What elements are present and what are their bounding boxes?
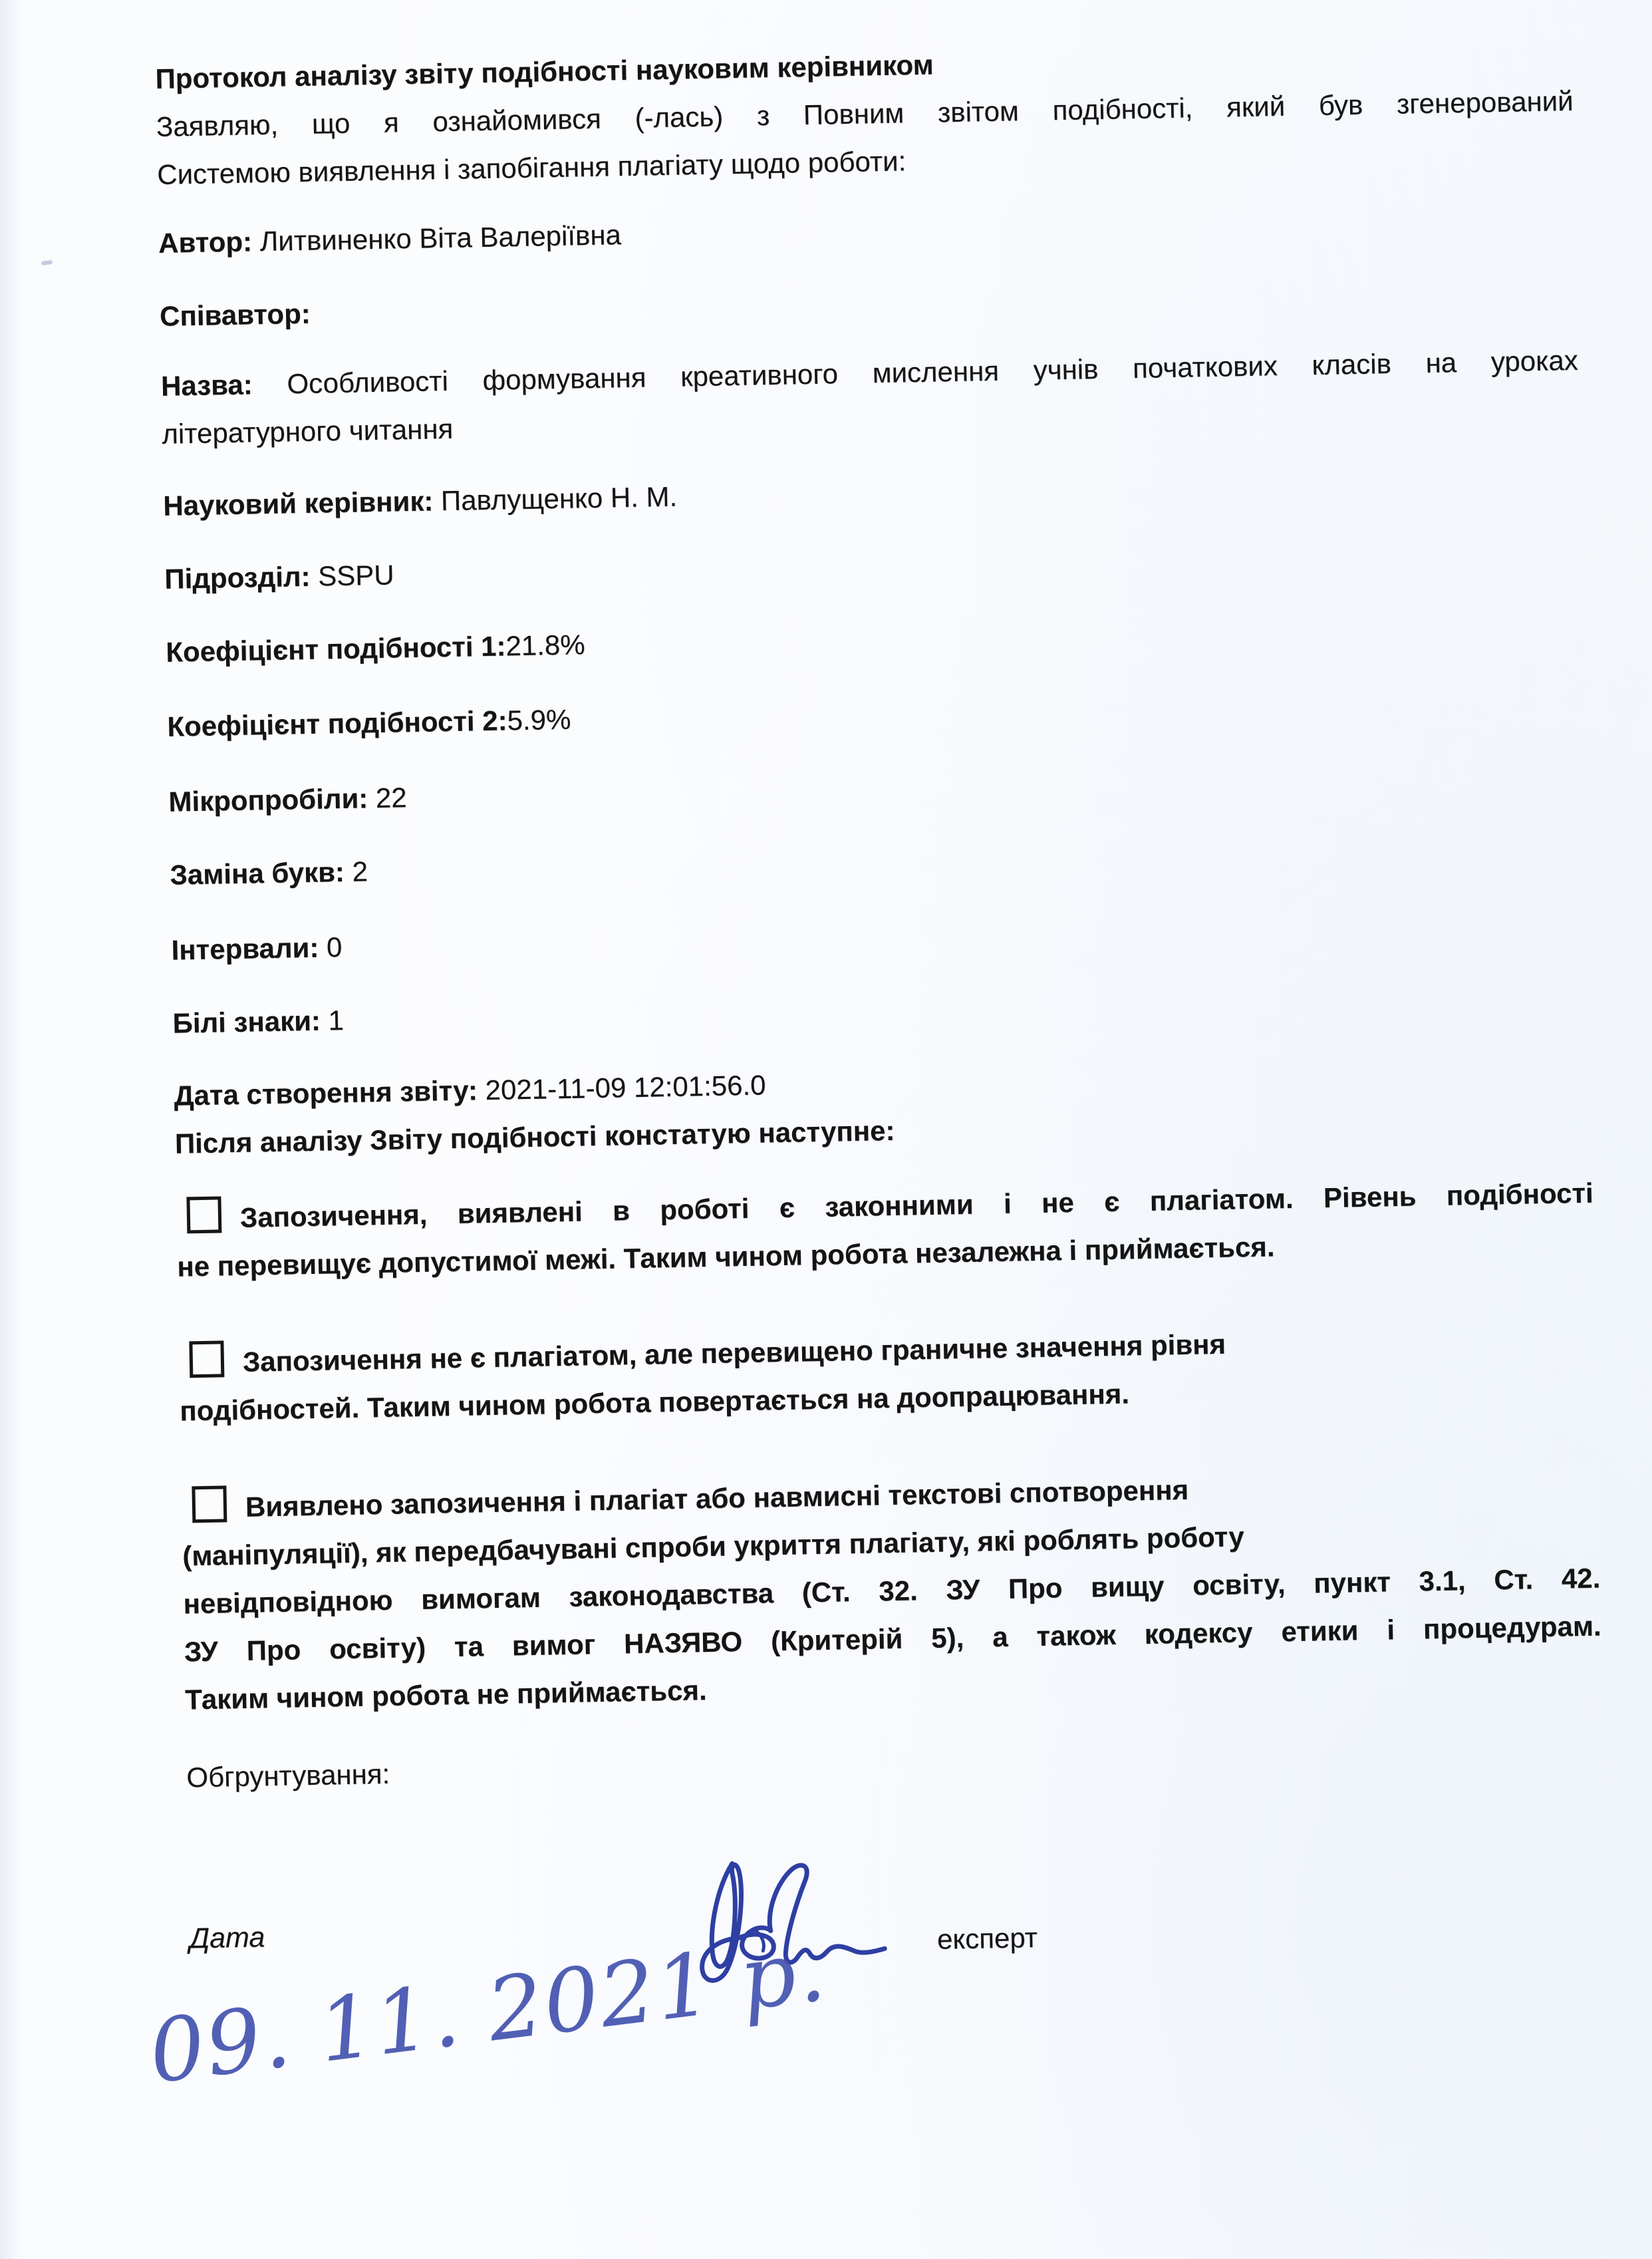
field-department-value: SSPU <box>310 559 394 592</box>
checkbox-rework-box[interactable] <box>189 1340 224 1378</box>
field-supervisor-label: Науковий керівник: <box>163 485 434 521</box>
document-header: Протокол аналізу звіту подібності науков… <box>155 31 1575 200</box>
checkbox-option-rejected: Виявлено запозичення і плагіат або навми… <box>181 1459 1602 1724</box>
scanned-document-page: Протокол аналізу звіту подібності науков… <box>0 0 1652 2259</box>
field-author-value: Литвиненко Віта Валеріївна <box>252 219 622 257</box>
field-author-label: Автор: <box>158 226 253 259</box>
field-department: Підрозділ: SSPU <box>164 529 1582 603</box>
field-white-signs-value: 1 <box>320 1004 344 1036</box>
field-intervals: Інтервали: 0 <box>171 901 1589 975</box>
field-similarity-coefficient-1: Коефіцієнт подібності 1:21.8% <box>166 603 1583 677</box>
document-content: Протокол аналізу звіту подібності науков… <box>0 0 1652 2079</box>
field-intervals-value: 0 <box>319 931 343 963</box>
justification-label: Обгрунтування: <box>186 1728 1604 1802</box>
checkbox-rejected-line-1: Виявлено запозичення і плагіат або навми… <box>245 1474 1189 1523</box>
date-label: Дата <box>189 1913 265 1962</box>
field-white-signs-label: Білі знаки: <box>172 1005 321 1039</box>
field-similarity-coefficient-1-value: 21.8% <box>505 629 585 661</box>
field-microspaces: Мікропробіли: 22 <box>168 752 1586 826</box>
field-report-date-value: 2021-11-09 12:01:56.0 <box>478 1069 766 1106</box>
field-supervisor: Науковий керівник: Павлущенко Н. М. <box>163 456 1581 530</box>
field-work-title: Назва: Особливості формування креативног… <box>160 337 1579 458</box>
field-similarity-coefficient-2-value: 5.9% <box>507 704 571 736</box>
expert-label: експерт <box>936 1914 1037 1964</box>
field-letter-substitution: Заміна букв: 2 <box>170 826 1587 899</box>
field-letter-substitution-value: 2 <box>344 855 368 887</box>
field-letter-substitution-label: Заміна букв: <box>170 856 344 891</box>
field-microspaces-label: Мікропробіли: <box>168 782 368 817</box>
field-similarity-coefficient-2: Коефіцієнт подібності 2:5.9% <box>167 677 1585 751</box>
checkbox-option-rework: Запозичення не є плагіатом, але перевище… <box>178 1314 1597 1435</box>
checkbox-rejected-box[interactable] <box>192 1485 227 1523</box>
checkbox-rework-line-1: Запозичення не є плагіатом, але перевище… <box>243 1328 1226 1378</box>
field-report-date-label: Дата створення звіту: <box>174 1074 478 1111</box>
checkbox-option-accepted: Запозичення, виявлені в роботі є законни… <box>176 1169 1594 1291</box>
field-author: Автор: Литвиненко Віта Валеріївна <box>158 194 1576 267</box>
field-intervals-label: Інтервали: <box>171 932 319 966</box>
field-report-date-and-statement: Дата створення звіту: 2021-11-09 12:01:5… <box>174 1047 1592 1169</box>
field-department-label: Підрозділ: <box>164 561 311 595</box>
field-coauthor-label: Співавтор: <box>160 298 311 332</box>
field-coauthor: Співавтор: <box>160 267 1578 341</box>
field-supervisor-value: Павлущенко Н. М. <box>433 481 678 517</box>
field-work-title-label: Назва: <box>161 369 253 402</box>
field-similarity-coefficient-2-label: Коефіцієнт подібності 2: <box>167 704 507 742</box>
field-white-signs: Білі знаки: 1 <box>172 974 1590 1048</box>
field-similarity-coefficient-1-label: Коефіцієнт подібності 1: <box>166 630 506 667</box>
checkbox-accepted-box[interactable] <box>186 1196 221 1233</box>
field-microspaces-value: 22 <box>368 782 407 814</box>
